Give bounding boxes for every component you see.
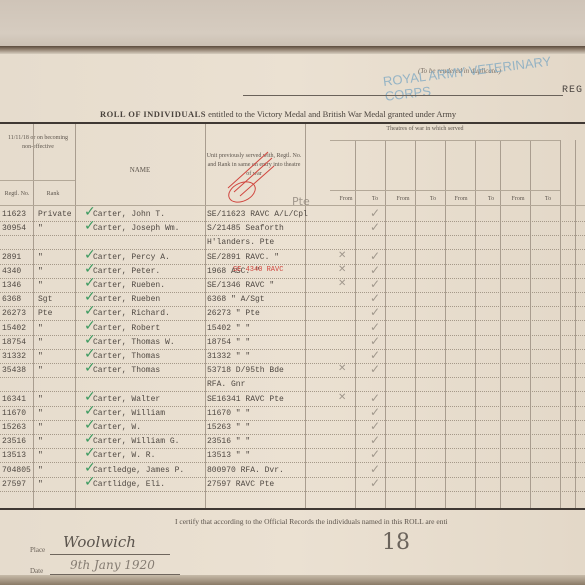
pencil-cross-icon: ✕ <box>338 364 346 374</box>
rank-cell: " <box>38 324 43 333</box>
name-cell: Carter, W. R. <box>93 451 155 460</box>
rank-cell: " <box>38 253 43 262</box>
green-check-icon: ✓ <box>84 390 96 404</box>
place-value: Woolwich <box>63 533 136 551</box>
green-check-icon: ✓ <box>84 404 96 418</box>
roll-title: ROLL OF INDIVIDUALS entitled to the Vict… <box>100 109 456 119</box>
regtl-no-cell: 31332 <box>2 352 26 361</box>
grid-header-line <box>0 180 75 181</box>
regtl-no-cell: 2891 <box>2 253 21 262</box>
roll-title-bold: ROLL OF INDIVIDUALS <box>100 109 206 119</box>
green-check-icon: ✓ <box>84 361 96 375</box>
row-dotted-rule <box>0 235 585 236</box>
green-check-icon: ✓ <box>84 290 96 304</box>
regtl-no-cell: 30954 <box>2 224 26 233</box>
unit-cell: RFA. Gnr <box>207 380 245 389</box>
unit-cell: SE/1346 RAVC " <box>207 281 274 290</box>
pencil-check-icon: ✓ <box>370 278 380 290</box>
rank-cell: " <box>38 437 43 446</box>
header-rule <box>0 122 585 124</box>
pencil-check-icon: ✓ <box>370 250 380 262</box>
unit-cell: 800970 RFA. Dvr. <box>207 466 284 475</box>
pencil-check-icon: ✓ <box>370 349 380 361</box>
name-cell: Carter, Robert <box>93 324 160 333</box>
overlapping-top-sheet <box>0 0 585 48</box>
to-subheader: To <box>420 195 446 204</box>
regtl-no-cell: 26273 <box>2 309 26 318</box>
regtl-no-cell: 18754 <box>2 338 26 347</box>
pencil-check-icon: ✓ <box>370 434 380 446</box>
rank-cell: " <box>38 281 43 290</box>
pencil-check-icon: ✓ <box>370 207 380 219</box>
green-check-icon: ✓ <box>84 276 96 290</box>
regtl-no-cell: 11623 <box>2 210 26 219</box>
page-bottom-edge <box>0 575 585 585</box>
rank-header: Rank <box>35 190 71 199</box>
name-cell: Carter, Thomas <box>93 352 160 361</box>
name-cell: Carter, Thomas <box>93 366 160 375</box>
pencil-cross-icon: ✕ <box>338 279 346 289</box>
green-check-icon: ✓ <box>84 333 96 347</box>
unit-cell: 6368 " A/Sgt <box>207 295 265 304</box>
from-subheader: From <box>333 195 359 204</box>
place-label: Place <box>30 546 45 554</box>
rank-cell: " <box>38 338 43 347</box>
pencil-check-icon: ✓ <box>370 306 380 318</box>
unit-cell: S/21485 Seaforth <box>207 224 284 233</box>
unit-cell: 53718 D/95th Bde <box>207 366 284 375</box>
rank-cell: " <box>38 366 43 375</box>
green-check-icon: ✓ <box>84 475 96 489</box>
rank-cell: " <box>38 395 43 404</box>
pencil-check-icon: ✓ <box>370 221 380 233</box>
unit-cell: 23516 " " <box>207 437 250 446</box>
green-check-icon: ✓ <box>84 446 96 460</box>
rank-cell: Pte <box>38 309 52 318</box>
page-number: 18 <box>382 530 410 555</box>
unit-cell: 18754 " " <box>207 338 250 347</box>
name-cell: Carter, Rueben. <box>93 281 165 290</box>
rank-cell: " <box>38 352 43 361</box>
unit-cell: SE/11623 RAVC A/L/Cpl <box>207 210 308 219</box>
from-subheader: From <box>448 195 474 204</box>
unit-cell: SE16341 RAVC Pte <box>207 395 284 404</box>
name-cell: Carter, Percy A. <box>93 253 170 262</box>
pencil-check-icon: ✓ <box>370 477 380 489</box>
rank-cell: " <box>38 480 43 489</box>
unit-cell: SE/2891 RAVC. " <box>207 253 279 262</box>
unit-cell: H'landers. Pte <box>207 238 274 247</box>
regtl-no-header: Regtl. No. <box>2 190 32 199</box>
name-cell: Carter, Richard. <box>93 309 170 318</box>
green-check-icon: ✓ <box>84 248 96 262</box>
rank-cell: " <box>38 267 43 276</box>
status-header: 11/11/18 or on becoming non-effective <box>2 134 74 152</box>
regtl-no-cell: 16341 <box>2 395 26 404</box>
regtl-no-cell: 1346 <box>2 281 21 290</box>
regtl-no-cell: 4340 <box>2 267 21 276</box>
name-header: NAME <box>80 165 200 176</box>
name-cell: Carter, William <box>93 409 165 418</box>
date-label: Date <box>30 567 43 575</box>
from-subheader: From <box>505 195 531 204</box>
pencil-check-icon: ✓ <box>370 335 380 347</box>
name-cell: Cartlidge, Eli. <box>93 480 165 489</box>
pencil-check-icon: ✓ <box>370 392 380 404</box>
green-check-icon: ✓ <box>84 432 96 446</box>
unit-cell: 26273 " Pte <box>207 309 260 318</box>
row-dotted-rule <box>0 377 585 378</box>
pencil-check-icon: ✓ <box>370 420 380 432</box>
rank-cell: Private <box>38 210 72 219</box>
regtl-no-cell: 15402 <box>2 324 26 333</box>
date-value: 9th Jany 1920 <box>70 558 155 572</box>
green-check-icon: ✓ <box>84 304 96 318</box>
unit-cell: 27597 RAVC Pte <box>207 480 274 489</box>
green-check-icon: ✓ <box>84 262 96 276</box>
to-subheader: To <box>478 195 504 204</box>
to-subheader: To <box>362 195 388 204</box>
pencil-check-icon: ✓ <box>370 321 380 333</box>
green-check-icon: ✓ <box>84 418 96 432</box>
certify-text: I certify that according to the Official… <box>175 517 448 526</box>
regtl-no-cell: 15263 <box>2 423 26 432</box>
name-cell: Carter, W. <box>93 423 141 432</box>
to-subheader: To <box>535 195 561 204</box>
regtl-no-cell: 13513 <box>2 451 26 460</box>
title-rule <box>243 95 563 96</box>
rank-cell: " <box>38 423 43 432</box>
pencil-check-icon: ✓ <box>370 292 380 304</box>
unit-cell: 31332 " " <box>207 352 250 361</box>
pencil-cross-icon: ✕ <box>338 265 346 275</box>
green-check-icon: ✓ <box>84 319 96 333</box>
green-check-icon: ✓ <box>84 347 96 361</box>
regtl-no-cell: 35438 <box>2 366 26 375</box>
name-cell: Carter, Joseph Wm. <box>93 224 179 233</box>
pencil-annotation: Pte <box>292 196 310 207</box>
rank-cell: " <box>38 224 43 233</box>
reg-label: REG <box>562 85 583 96</box>
pencil-cross-icon: ✕ <box>338 393 346 403</box>
red-ink-correction: SE 4340 RAVC <box>233 266 283 274</box>
name-cell: Cartledge, James P. <box>93 466 184 475</box>
pencil-check-icon: ✓ <box>370 463 380 475</box>
theatres-header-text: Theatres of war in which served <box>386 126 463 132</box>
pencil-check-icon: ✓ <box>370 448 380 460</box>
name-cell: Carter, Rueben <box>93 295 160 304</box>
from-subheader: From <box>390 195 416 204</box>
green-check-icon: ✓ <box>84 461 96 475</box>
rank-cell: " <box>38 466 43 475</box>
unit-cell: 13513 " " <box>207 451 250 460</box>
name-cell: Carter, William G. <box>93 437 179 446</box>
grid-header-line <box>330 140 560 141</box>
pencil-check-icon: ✓ <box>370 264 380 276</box>
green-check-icon: ✓ <box>84 205 96 219</box>
row-dotted-rule <box>0 491 585 492</box>
theatres-header: Theatres of war in which served <box>330 125 520 134</box>
pencil-check-icon: ✓ <box>370 406 380 418</box>
footer-rule <box>0 508 585 510</box>
roll-title-rest: entitled to the Victory Medal and Britis… <box>208 109 456 119</box>
green-check-icon: ✓ <box>84 219 96 233</box>
rank-cell: " <box>38 451 43 460</box>
name-cell: Carter, John T. <box>93 210 165 219</box>
unit-cell: 11670 " " <box>207 409 250 418</box>
grid-header-line <box>330 190 560 191</box>
red-ink-scribble <box>220 148 280 208</box>
regtl-no-cell: 11670 <box>2 409 26 418</box>
regtl-no-cell: 23516 <box>2 437 26 446</box>
name-cell: Carter, Walter <box>93 395 160 404</box>
regtl-no-cell: 27597 <box>2 480 26 489</box>
name-cell: Carter, Peter. <box>93 267 160 276</box>
rank-cell: " <box>38 409 43 418</box>
unit-cell: 15402 " " <box>207 324 250 333</box>
place-underline <box>50 554 170 555</box>
pencil-cross-icon: ✕ <box>338 251 346 261</box>
fold-shadow <box>0 46 585 54</box>
regtl-no-cell: 6368 <box>2 295 21 304</box>
regtl-no-cell: 704805 <box>2 466 31 475</box>
pencil-check-icon: ✓ <box>370 363 380 375</box>
rank-cell: Sgt <box>38 295 52 304</box>
name-cell: Carter, Thomas W. <box>93 338 175 347</box>
unit-cell: 15263 " " <box>207 423 250 432</box>
